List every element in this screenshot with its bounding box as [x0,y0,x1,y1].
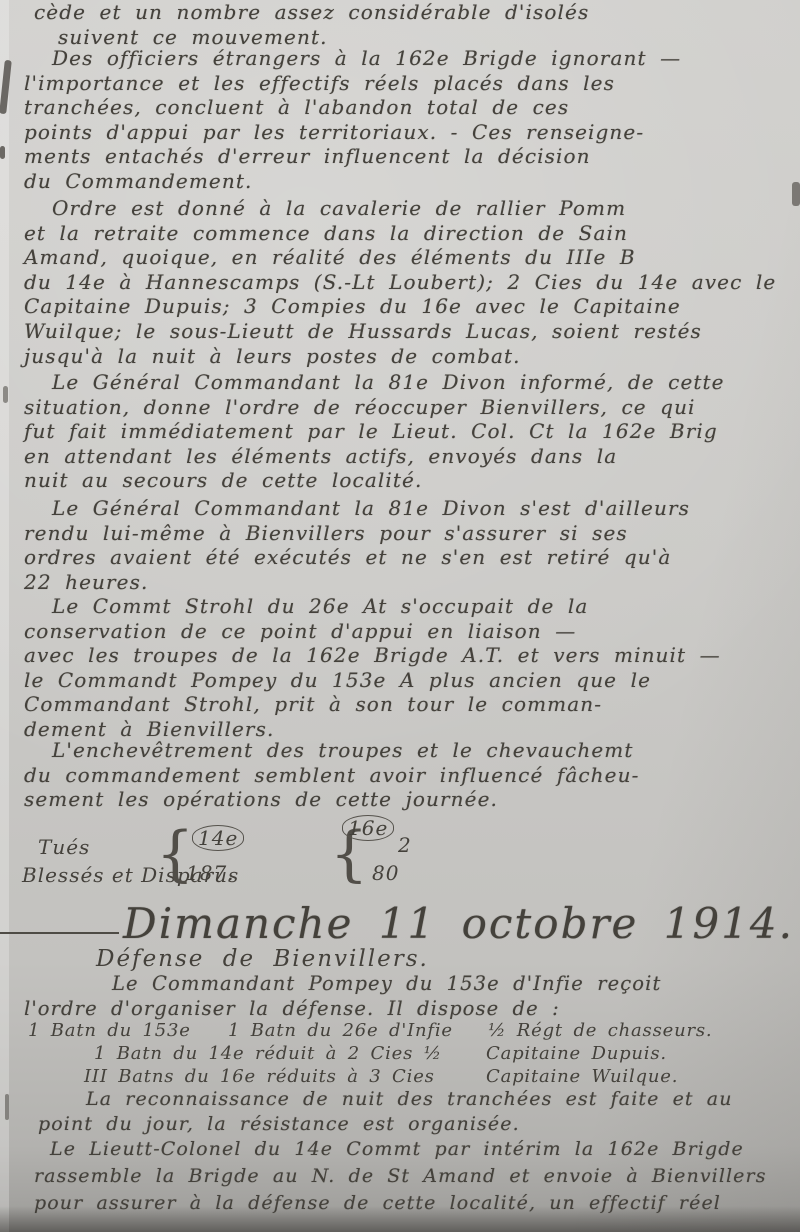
handwritten-paragraph: Le Commandant Pompey du 153e d'Infie reç… [0,972,800,1022]
handwritten-line: tranchées, concluent à l'abandon total d… [24,95,800,120]
handwritten-line: rassemble la Brigde au N. de St Amand et… [34,1165,800,1192]
handwritten-line: ments entachés d'erreur influencent la d… [24,144,800,169]
handwritten-line: Le Commt Strohl du 26e At s'occupait de … [52,594,800,619]
forces-unit: III Batns du 16e réduits à 3 Cies [84,1066,435,1087]
handwritten-line: Le Général Commandant la 81e Divon infor… [52,370,800,395]
handwritten-line: situation, donne l'ordre de réoccuper Bi… [24,395,800,420]
killed-label: Tués [38,835,90,859]
forces-list: 1 Batn du 153e 1 Batn du 26e d'Infie ½ R… [0,1020,800,1089]
handwritten-paragraph: Des officiers étrangers à la 162e Brigde… [0,46,800,194]
photo-artifact [0,146,5,159]
forces-unit: 1 Batn du 153e [28,1020,191,1041]
handwritten-paragraph: Le Commt Strohl du 26e At s'occupait de … [0,594,800,742]
forces-commander: Capitaine Dupuis. [486,1043,667,1064]
handwritten-paragraph: Le Général Commandant la 81e Divon s'est… [0,496,800,594]
handwritten-line: sement les opérations de cette journée. [24,787,800,812]
forces-commander: Capitaine Wuilque. [486,1066,678,1087]
handwritten-line: le Commandt Pompey du 153e A plus ancien… [24,668,800,693]
regiment-16-wounded-count: 80 [372,861,399,885]
handwritten-line: 22 heures. [24,570,800,595]
handwritten-line: ordres avaient été exécutés et ne s'en e… [24,545,800,570]
handwritten-paragraph: cède et un nombre assez considérable d'i… [0,0,800,49]
handwritten-line: Le Commandant Pompey du 153e d'Infie reç… [112,972,800,997]
handwritten-line: du commandement semblent avoir influencé… [24,763,800,788]
handwritten-paragraph: Le Général Commandant la 81e Divon infor… [0,370,800,493]
regiment-14-header: 14e [192,825,244,851]
forces-commander: ½ Régt de chasseurs. [488,1020,712,1041]
handwritten-line: rendu lui-même à Bienvillers pour s'assu… [24,521,800,546]
forces-row: 1 Batn du 14e réduit à 2 Cies ½ Capitain… [0,1043,800,1066]
handwritten-line: Capitaine Dupuis; 3 Compies du 16e avec … [24,294,800,319]
handwritten-line: Le Lieutt-Colonel du 14e Commt par intér… [50,1138,800,1165]
handwritten-line: Amand, quoique, en réalité des éléments … [24,245,800,270]
handwritten-line: l'ordre d'organiser la défense. Il dispo… [24,997,800,1022]
handwritten-line: points d'appui par les territoriaux. - C… [24,120,800,145]
casualties-block: Tués Blessés et Disparus { 14e 187. { 16… [0,815,800,897]
regiment-16-header: 16e [342,815,394,841]
regiment-16-killed-count: 2 [398,833,412,857]
forces-unit: 1 Batn du 14e réduit à 2 Cies ½ [94,1043,442,1064]
photo-artifact [5,1094,9,1120]
handwritten-line: l'importance et les effectifs réels plac… [24,71,800,96]
forces-unit: 1 Batn du 26e d'Infie [228,1020,453,1041]
handwritten-line: Wuilque; le sous-Lieutt de Hussards Luca… [24,319,800,344]
forces-row: 1 Batn du 153e 1 Batn du 26e d'Infie ½ R… [0,1020,800,1043]
photo-artifact [792,182,800,206]
handwritten-line: fut fait immédiatement par le Lieut. Col… [24,419,800,444]
section-subheading: Défense de Bienvillers. [96,946,429,972]
handwritten-line: du Commandement. [24,169,800,194]
handwritten-paragraph: L'enchevêtrement des troupes et le cheva… [0,738,800,812]
handwritten-line: jusqu'à la nuit à leurs postes de combat… [24,344,800,369]
handwritten-diary-page: cède et un nombre assez considérable d'i… [0,0,800,1232]
forces-row: III Batns du 16e réduits à 3 Cies Capita… [0,1066,800,1089]
handwritten-line: L'enchevêtrement des troupes et le cheva… [52,738,800,763]
handwritten-paragraph: Ordre est donné à la cavalerie de rallie… [0,196,800,368]
handwritten-line: du 14e à Hannescamps (S.-Lt Loubert); 2 … [24,270,800,295]
handwritten-line: Ordre est donné à la cavalerie de rallie… [52,196,800,221]
handwritten-line: et la retraite commence dans la directio… [24,221,800,246]
handwritten-line: cède et un nombre assez considérable d'i… [34,0,800,25]
handwritten-line: point du jour, la résistance est organis… [38,1113,800,1138]
handwritten-line: conservation de ce point d'appui en liai… [24,619,800,644]
photo-bottom-shadow [0,1206,800,1232]
handwritten-line: Le Général Commandant la 81e Divon s'est… [52,496,800,521]
handwritten-line: Commandant Strohl, prit à son tour le co… [24,692,800,717]
date-heading: Dimanche 11 octobre 1914. [123,899,794,948]
handwritten-paragraph: La reconnaissance de nuit des tranchées … [0,1088,800,1138]
handwritten-line: en attendant les éléments actifs, envoyé… [24,444,800,469]
handwritten-line: La reconnaissance de nuit des tranchées … [86,1088,800,1113]
regiment-14-wounded-count: 187. [186,861,235,885]
handwritten-line: avec les troupes de la 162e Brigde A.T. … [24,643,800,668]
photo-artifact [3,386,8,403]
handwritten-line: Des officiers étrangers à la 162e Brigde… [52,46,800,71]
handwritten-line: nuit au secours de cette localité. [24,468,800,493]
heading-rule-left [0,932,119,934]
date-heading-row: Dimanche 11 octobre 1914. [0,886,800,948]
